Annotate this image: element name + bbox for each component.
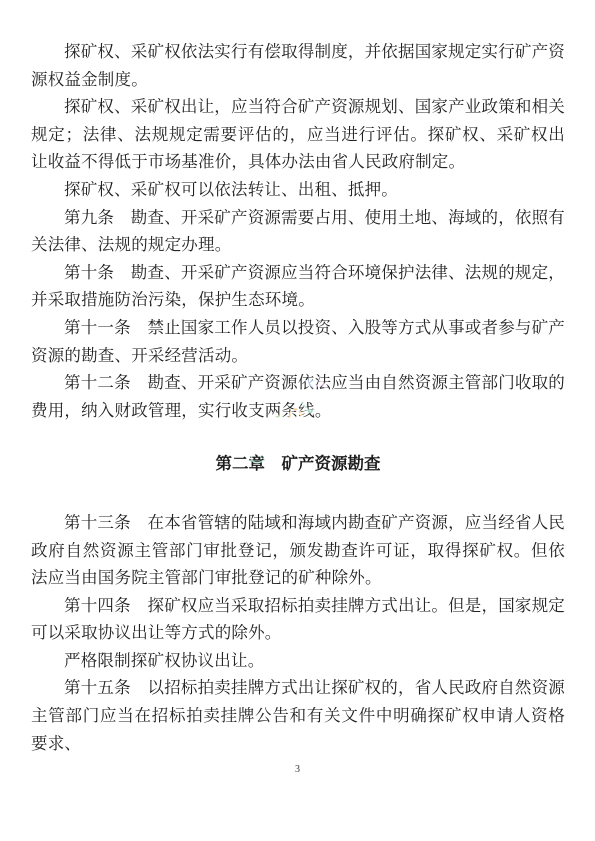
body-paragraph: 第九条 勘查、开采矿产资源需要占用、使用土地、海域的，依照有关法律、法规的规定办… bbox=[31, 205, 565, 260]
body-paragraph: 探矿权、采矿权可以依法转让、出租、抵押。 bbox=[31, 177, 565, 205]
chapter-heading: 第二章 矿产资源勘查 bbox=[31, 451, 565, 479]
document-body: 探矿权、采矿权依法实行有偿取得制度，并依据国家规定实行矿产资源权益金制度。探矿权… bbox=[31, 39, 565, 758]
body-paragraph: 第十四条 探矿权应当采取招标拍卖挂牌方式出让。但是，国家规定可以采取协议出让等方… bbox=[31, 593, 565, 648]
body-paragraph: 第十条 勘查、开采矿产资源应当符合环境保护法律、法规的规定，并采取措施防治污染，… bbox=[31, 260, 565, 315]
body-paragraph: 第十二条 勘查、开采矿产资源依法应当由自然资源主管部门收取的费用，纳入财政管理，… bbox=[31, 370, 565, 425]
body-paragraph: 第十三条 在本省管辖的陆域和海域内勘查矿产资源，应当经省人民政府自然资源主管部门… bbox=[31, 510, 565, 593]
body-paragraph: 严格限制探矿权协议出让。 bbox=[31, 648, 565, 676]
body-paragraph: 探矿权、采矿权依法实行有偿取得制度，并依据国家规定实行矿产资源权益金制度。 bbox=[31, 39, 565, 94]
page-number: 3 bbox=[0, 764, 595, 775]
body-paragraph: 第十一条 禁止国家工作人员以投资、入股等方式从事或者参与矿产资源的勘查、开采经营… bbox=[31, 315, 565, 370]
body-paragraph: 第十五条 以招标拍卖挂牌方式出让探矿权的，省人民政府自然资源主管部门应当在招标拍… bbox=[31, 675, 565, 758]
body-paragraph: 探矿权、采矿权出让，应当符合矿产资源规划、国家产业政策和相关规定；法律、法规规定… bbox=[31, 94, 565, 177]
document-page: 探矿权、采矿权依法实行有偿取得制度，并依据国家规定实行矿产资源权益金制度。探矿权… bbox=[0, 0, 595, 841]
